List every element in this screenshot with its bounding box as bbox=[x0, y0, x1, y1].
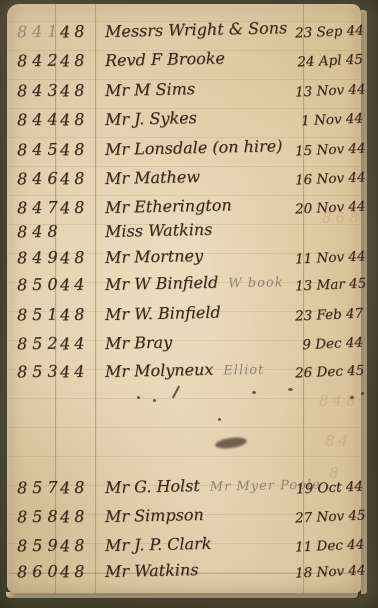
ledger-row: 86048Mr Watkins18 Nov 44 bbox=[7, 559, 361, 585]
size-value: 44 bbox=[60, 330, 91, 357]
ledger-page: 84148Messrs Wright & Sons23 Sep 4484248R… bbox=[7, 4, 361, 593]
size-value bbox=[60, 218, 90, 219]
size-value: 48 bbox=[60, 18, 91, 45]
size-value: 48 bbox=[60, 532, 91, 559]
customer-name: Mr J. P. Clark bbox=[105, 531, 212, 559]
entry-number: 845 bbox=[17, 137, 53, 164]
date-value: 9 Dec 44 bbox=[294, 330, 363, 359]
date-value: 23 Sep 44 bbox=[294, 18, 363, 47]
ledger-row: 84348Mr M Sims13 Nov 44 bbox=[7, 78, 361, 104]
ledger-row: 85848Mr Simpson27 Nov 45 bbox=[7, 504, 361, 530]
customer-name: Mr W BinfieldW book bbox=[105, 268, 284, 300]
pencil-annotation: Elliot bbox=[223, 363, 264, 379]
customer-name: Mr Mathew bbox=[105, 164, 200, 192]
size-value: 48 bbox=[60, 503, 91, 530]
entry-number: 859 bbox=[17, 533, 53, 560]
customer-name: Mr Watkins bbox=[105, 557, 199, 585]
size-value: 44 bbox=[60, 271, 91, 298]
entry-number: 846 bbox=[17, 166, 53, 193]
entry-number: 849 bbox=[17, 245, 53, 272]
date-value: 11 Nov 44 bbox=[294, 244, 363, 273]
date-value: 27 Nov 45 bbox=[294, 503, 363, 532]
ledger-row: 85748Mr G. HolstMr Myer Poole19 Oct 44 bbox=[7, 475, 361, 501]
entry-number: 851 bbox=[17, 302, 53, 329]
customer-name: Mr J. Sykes bbox=[105, 105, 197, 133]
customer-name: Miss Watkins bbox=[105, 217, 213, 245]
entry-number: 842 bbox=[17, 48, 53, 75]
entry-number: 857 bbox=[17, 475, 53, 502]
date-value: 16 Nov 44 bbox=[294, 165, 363, 194]
ink-bleed-ghost: 84 bbox=[325, 432, 352, 450]
size-value: 48 bbox=[60, 194, 91, 221]
entry-number: 843 bbox=[17, 78, 53, 105]
date-value: 26 Dec 45 bbox=[294, 358, 363, 387]
ledger-row: 85244Mr Bray9 Dec 44 bbox=[7, 331, 361, 357]
customer-name: Mr M Sims bbox=[105, 76, 196, 104]
size-value: 48 bbox=[60, 77, 91, 104]
ink-speck bbox=[252, 391, 256, 394]
ink-bleed-ghost: 8 bbox=[329, 464, 343, 482]
entry-number: 844 bbox=[17, 107, 53, 134]
entry-number: 853 bbox=[17, 359, 53, 386]
ledger-row: 84548Mr Lonsdale (on hire)15 Nov 44 bbox=[7, 137, 361, 163]
ink-speck bbox=[137, 396, 140, 399]
ink-speck bbox=[361, 392, 364, 395]
size-value: 44 bbox=[60, 358, 91, 385]
date-value: 15 Nov 44 bbox=[294, 136, 363, 165]
ledger-row: 85948Mr J. P. Clark11 Dec 44 bbox=[7, 533, 361, 559]
entry-number: 858 bbox=[17, 504, 53, 531]
customer-name: Mr Simpson bbox=[105, 502, 204, 530]
size-value: 48 bbox=[60, 165, 91, 192]
entry-number: 841 bbox=[17, 19, 53, 46]
size-value: 48 bbox=[60, 558, 91, 585]
customer-name: Mr Bray bbox=[105, 330, 173, 357]
ink-speck bbox=[218, 418, 221, 421]
customer-name: Mr Lonsdale (on hire) bbox=[105, 133, 283, 163]
size-value: 48 bbox=[60, 474, 91, 501]
customer-name: Mr W. Binfield bbox=[105, 300, 221, 328]
entry-number: 850 bbox=[17, 272, 53, 299]
ledger-row: 84448Mr J. Sykes1 Nov 44 bbox=[7, 107, 361, 133]
size-value: 48 bbox=[60, 47, 91, 74]
ink-speck bbox=[153, 399, 156, 402]
ledger-row: 85044Mr W BinfieldW book13 Mar 45 bbox=[7, 272, 361, 298]
entry-number: 847 bbox=[17, 195, 53, 222]
ink-speck bbox=[288, 388, 293, 391]
date-value: 1 Nov 44 bbox=[294, 106, 363, 135]
ledger-row: 85148Mr W. Binfield23 Feb 47 bbox=[7, 302, 361, 328]
ink-bleed-ghost: 868 bbox=[322, 209, 363, 227]
date-value: 23 Feb 47 bbox=[294, 301, 363, 330]
entry-number: 852 bbox=[17, 331, 53, 358]
customer-name: Revd F Brooke bbox=[105, 45, 225, 74]
ledger-row: 84148Messrs Wright & Sons23 Sep 44 bbox=[7, 19, 361, 45]
ledger-row: 848Miss Watkins bbox=[7, 219, 361, 245]
date-value: 11 Dec 44 bbox=[294, 532, 363, 561]
ledger-row: 84648Mr Mathew16 Nov 44 bbox=[7, 166, 361, 192]
customer-name: Mr Mortney bbox=[105, 243, 204, 271]
ledger-row: 85344Mr MolyneuxElliot26 Dec 45 bbox=[7, 359, 361, 385]
date-value: 24 Apl 45 bbox=[294, 47, 363, 76]
ledger-row: 84948Mr Mortney11 Nov 44 bbox=[7, 245, 361, 271]
entry-number: 848 bbox=[17, 219, 53, 246]
ink-bleed-ghost: 848 bbox=[319, 392, 360, 410]
date-value: 13 Mar 45 bbox=[294, 271, 363, 300]
date-value: 13 Nov 44 bbox=[294, 77, 363, 106]
entry-number: 860 bbox=[17, 559, 53, 586]
date-value: 18 Nov 44 bbox=[294, 558, 363, 587]
customer-name: Mr G. HolstMr Myer Poole bbox=[105, 470, 321, 503]
size-value: 48 bbox=[60, 106, 91, 133]
ledger-row: 84248Revd F Brooke24 Apl 45 bbox=[7, 48, 361, 74]
customer-name: Mr MolyneuxElliot bbox=[105, 356, 265, 387]
size-value: 48 bbox=[60, 301, 91, 328]
size-value: 48 bbox=[60, 136, 91, 163]
photo-frame: 84148Messrs Wright & Sons23 Sep 4484248R… bbox=[0, 0, 378, 608]
customer-name: Messrs Wright & Sons bbox=[105, 15, 288, 45]
size-value: 48 bbox=[60, 244, 91, 271]
pencil-annotation: W book bbox=[228, 275, 284, 291]
